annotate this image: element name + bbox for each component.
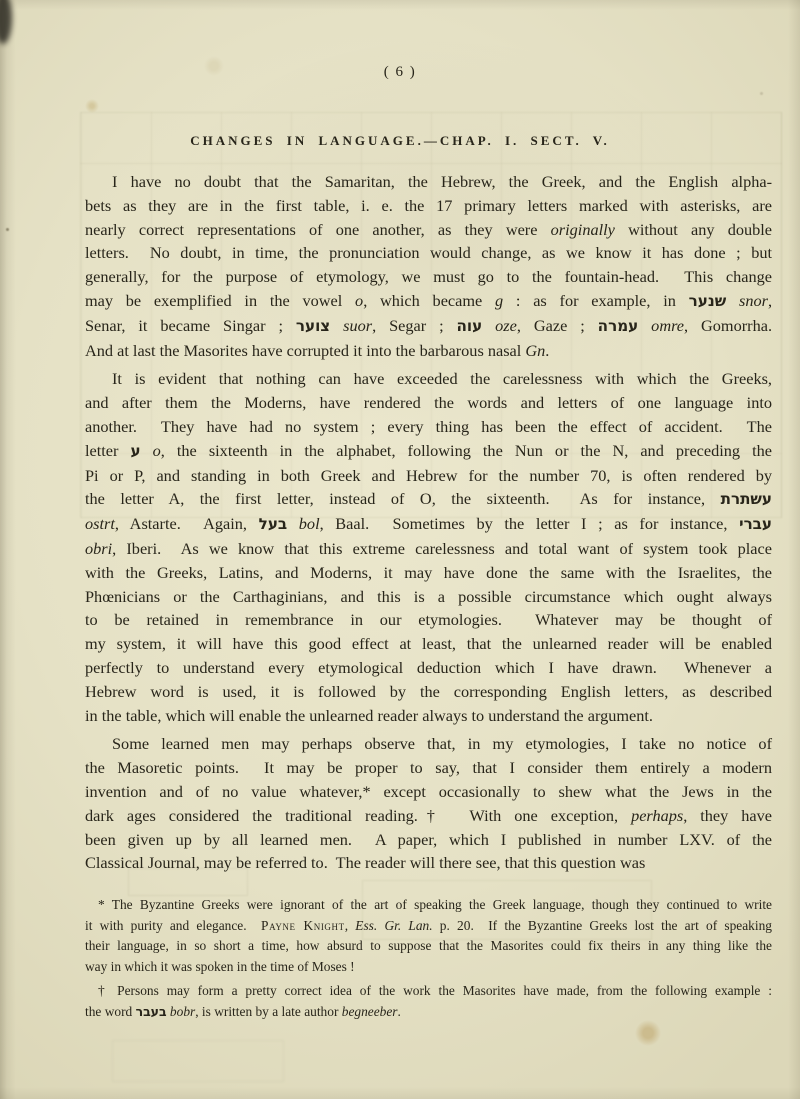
text-line: nearly correct representations of one an… xyxy=(85,218,772,242)
text-line: their language, in so short a time, how … xyxy=(85,936,772,957)
text-line: It is evident that nothing can have exce… xyxy=(85,367,772,391)
hebrew-word: ע xyxy=(131,442,141,460)
italic-text: suor xyxy=(343,316,372,335)
italic-text: o xyxy=(153,441,161,460)
text-line: Hebrew word is used, it is followed by t… xyxy=(85,680,772,704)
paper-speck xyxy=(760,92,763,95)
footnote: † Persons may form a pretty correct idea… xyxy=(85,981,772,1022)
italic-text: snor xyxy=(739,291,768,310)
text-line: my system, it will have this good effect… xyxy=(85,632,772,656)
text-line: to be retained in remembrance in our ety… xyxy=(85,608,772,632)
italic-text: omre xyxy=(651,316,684,335)
running-head: CHANGES IN LANGUAGE.—CHAP. I. SECT. V. xyxy=(0,133,800,149)
paragraph: Some learned men may perhaps observe tha… xyxy=(85,732,772,875)
page-number: ( 6 ) xyxy=(0,64,800,81)
text-line: generally, for the purpose of etymology,… xyxy=(85,265,772,289)
italic-text: bobr xyxy=(170,1004,195,1019)
hebrew-word: בעל xyxy=(259,515,287,533)
hebrew-word: שנער xyxy=(689,292,727,310)
text-line: perfectly to understand every etymologic… xyxy=(85,656,772,680)
text-line: letters. No doubt, in time, the pronunci… xyxy=(85,241,772,265)
hebrew-word: עברי xyxy=(739,515,772,533)
scan-corner-mark xyxy=(0,0,12,44)
text-line: another. They have had no system ; every… xyxy=(85,415,772,439)
text-line: And at last the Masorites have corrupted… xyxy=(85,339,772,363)
text-line: Classical Journal, may be referred to. T… xyxy=(85,851,772,875)
show-through-mark xyxy=(112,1040,284,1082)
text-line: bets as they are in the first table, i. … xyxy=(85,194,772,218)
italic-text: originally xyxy=(551,220,615,239)
italic-text: begneeber xyxy=(342,1004,398,1019)
italic-text: obri xyxy=(85,539,112,558)
hebrew-word: בעבר xyxy=(136,1004,167,1019)
text-line: * The Byzantine Greeks were ignorant of … xyxy=(85,895,772,916)
text-line: invention and of no value whatever,* exc… xyxy=(85,780,772,804)
paragraph: It is evident that nothing can have exce… xyxy=(85,367,772,727)
text-line: Senar, it became Singar ; צוער suor, Seg… xyxy=(85,314,772,339)
hebrew-word: עשתרת xyxy=(721,490,772,508)
hebrew-word: צוער xyxy=(296,317,330,335)
text-line: † Persons may form a pretty correct idea… xyxy=(85,981,772,1002)
text-line: in the table, which will enable the unle… xyxy=(85,704,772,728)
text-line: Some learned men may perhaps observe tha… xyxy=(85,732,772,756)
paper-speck xyxy=(6,228,9,231)
text-line: the letter A, the first letter, instead … xyxy=(85,487,772,512)
text-line: way in which it was spoken in the time o… xyxy=(85,957,772,978)
body-text: I have no doubt that the Samaritan, the … xyxy=(85,170,772,880)
italic-text: perhaps xyxy=(631,806,683,825)
text-line: with the Greeks, Latins, and Moderns, it… xyxy=(85,561,772,585)
text-line: it with purity and elegance. Payne Knigh… xyxy=(85,916,772,937)
footnote: * The Byzantine Greeks were ignorant of … xyxy=(85,895,772,977)
text-line: Pi or P, and standing in both Greek and … xyxy=(85,464,772,488)
italic-text: oze xyxy=(495,316,517,335)
book-page: ( 6 ) CHANGES IN LANGUAGE.—CHAP. I. SECT… xyxy=(0,0,800,1099)
text-line: the word בעבר bobr, is written by a late… xyxy=(85,1002,772,1023)
text-line: the Masoretic points. It may be proper t… xyxy=(85,756,772,780)
hebrew-word: עמרה xyxy=(598,317,639,335)
text-line: Phœnicians or the Carthaginians, and thi… xyxy=(85,585,772,609)
text-line: dark ages considered the traditional rea… xyxy=(85,804,772,828)
italic-text: Gn xyxy=(525,341,545,360)
text-line: letter ע o, the sixteenth in the alphabe… xyxy=(85,439,772,464)
footnotes: * The Byzantine Greeks were ignorant of … xyxy=(85,895,772,1027)
text-line: ostrt, Astarte. Again, בעל bol, Baal. So… xyxy=(85,512,772,537)
hebrew-word: עוה xyxy=(457,317,483,335)
italic-text: ostrt xyxy=(85,514,115,533)
text-line: may be exemplified in the vowel o, which… xyxy=(85,289,772,314)
text-line: been given up by all learned men. A pape… xyxy=(85,828,772,852)
paragraph: I have no doubt that the Samaritan, the … xyxy=(85,170,772,362)
text-line: and after them the Moderns, have rendere… xyxy=(85,391,772,415)
text-line: obri, Iberi. As we know that this extrem… xyxy=(85,537,772,561)
italic-text: o xyxy=(355,291,363,310)
italic-text: g xyxy=(495,291,503,310)
italic-text: Ess. Gr. Lan. xyxy=(355,918,432,933)
text-line: I have no doubt that the Samaritan, the … xyxy=(85,170,772,194)
italic-text: bol xyxy=(299,514,320,533)
smallcaps-name: Payne Knight xyxy=(261,918,345,933)
